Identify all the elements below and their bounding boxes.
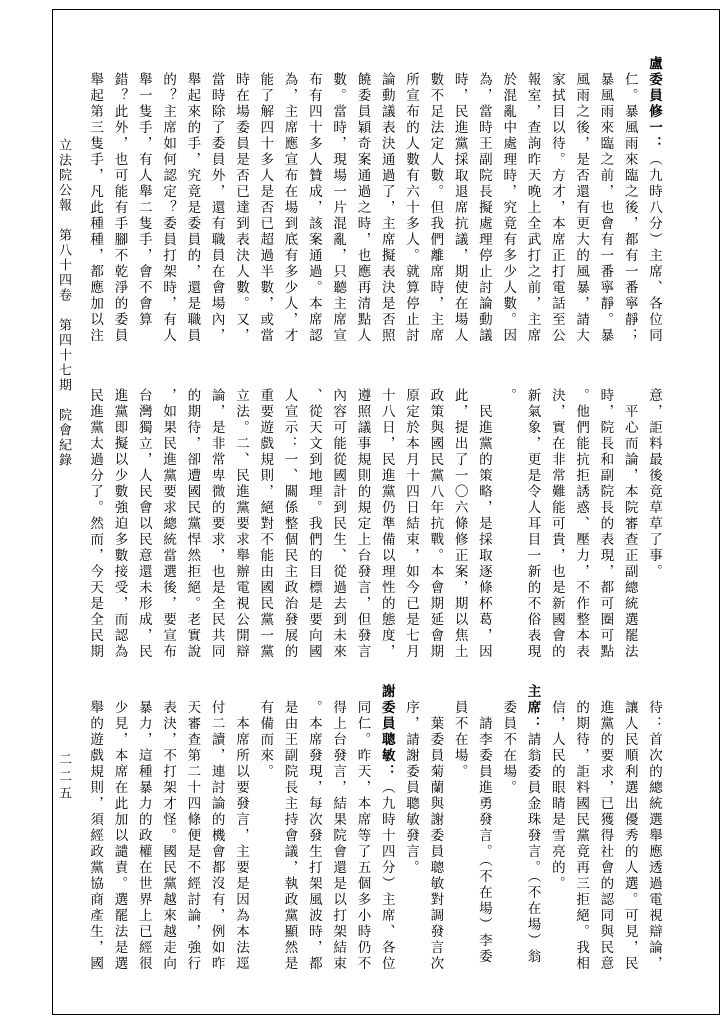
page-number: 二二五 [55, 752, 72, 822]
text-column: 讓人民順利選出優秀的人選。可見，民 [617, 684, 641, 998]
text-column: 信，人民的眼睛是雪亮的。 [545, 684, 569, 998]
text-column: 舉起第三隻手，凡此種種，都應加以注 [83, 56, 107, 370]
text-column: 暴力，這種暴力的政權在世界上已經很 [131, 684, 155, 998]
text-column: 舉一隻手，有人舉二隻手，會不會算 [131, 56, 155, 370]
text-column: 能了解四十多人是否已超過半數，或當 [253, 56, 277, 370]
text-column: 錯？此外，也可能有手腳不乾淨的委員 [107, 56, 131, 370]
speech-band-bottom: 待：首次的總統選舉應透過電視辯論，讓人民順利選出優秀的人選。可見，民進黨的要求，… [74, 684, 666, 998]
text-column: 時，民進黨採取退席抗議，期使在場人 [447, 56, 471, 370]
text-column: 暴風雨來臨之前，也會有一番寧靜。暴 [593, 56, 617, 370]
speaker-column: 謝委員聰敏：（九時十四分）主席、各位 [374, 684, 398, 998]
text-column: 決，實在非常難能可貴，也是新國會的 [545, 372, 569, 686]
speaker-name: 盧委員修一： [646, 56, 662, 152]
text-column: 表決，不打架才怪。國民黨越來越走向 [156, 684, 180, 998]
text-column: 。本席發現，每次發生打架風波時，都 [302, 684, 326, 998]
text-column: 饒委員穎奇案通過之時，也應再清點人 [350, 56, 374, 370]
text-column: 少見，本席在此加以譴責。選罷法是選 [107, 684, 131, 998]
text-column: 的？主席如何認定？委員打架時，有人 [156, 56, 180, 370]
text-column: 天審查第二十四條便是不經討論，強行 [180, 684, 204, 998]
text-column: 民進黨的策略，是採取逐條杯葛，因 [472, 372, 496, 686]
text-column: 進黨的要求，已獲得社會的認同與民意 [593, 684, 617, 998]
text-column: 內容可能從國計到民生、從過去到未來 [326, 372, 350, 686]
text-column: 仁。暴風雨來臨之後，都有一番寧靜； [617, 56, 641, 370]
text-column: 當時除了委員外，還有職員在會場內， [204, 56, 228, 370]
text-column: 本席所以要發言，主要是因為本法逕 [229, 684, 253, 998]
text-column: 布有四十多人贊成，該案通過。本席認 [302, 56, 326, 370]
text-column: 重要遊戲規則，絕對不能由國民黨一黨 [253, 372, 277, 686]
text-column: 時，院長和副院長的表現，都可圈可點 [593, 372, 617, 686]
text-column: 舉的遊戲規則，須經政黨協商產生，國 [83, 684, 107, 998]
text-column: 員不在場。 [447, 684, 471, 998]
text-column: 十八日，民進黨仍準備以理性的態度， [374, 372, 398, 686]
text-column: 、從天文到地理。我們的目標是要向國 [302, 372, 326, 686]
text-column: 委員不在場。 [496, 684, 520, 998]
text-column: ，如果民進黨要求總統當選後，要宣布 [156, 372, 180, 686]
text-column: 於混亂中處理時，究竟有多少人數。因 [496, 56, 520, 370]
text-column: 風雨之後，是否還有更大的風暴，請大 [569, 56, 593, 370]
text-column: 是由王副院長主持會議，執政黨顯然是 [277, 684, 301, 998]
speaker-name: 主席： [525, 684, 541, 732]
text-column: 新氣象，更是令人耳目一新的不俗表現 [520, 372, 544, 686]
text-column: 序，請謝委員聰敏發言。 [399, 684, 423, 998]
text-column: 有備而來。 [253, 684, 277, 998]
text-column: 為，當時王副院長擬處理停止討論動議 [472, 56, 496, 370]
text-column: 所宣布的人數有六十多人。就算停止討 [399, 56, 423, 370]
text-column: 舉起來的手，究竟是委員的，還是職員 [180, 56, 204, 370]
text-column: 台灣獨立，人民會以民意還未形成，民 [131, 372, 155, 686]
text-column: 平心而論，本院審查正副總統選罷法 [617, 372, 641, 686]
text-column: 時在場委員是否已達到表決人數。又， [229, 56, 253, 370]
speaker-name: 謝委員聰敏： [379, 684, 395, 780]
text-column: 付二讀，連討論的機會都沒有，例如昨 [204, 684, 228, 998]
text-column: 數不足法定人數。但我們離席時，主席 [423, 56, 447, 370]
text-column: 論，是非常卑微的要求，也是全民共同 [204, 372, 228, 686]
speaker-column: 主席：請翁委員金珠發言。（不在場）翁 [520, 684, 544, 998]
text-column: 待：首次的總統選舉應透過電視辯論， [642, 684, 666, 998]
text-column: 民進黨太過分了。然而，今天是全民期 [83, 372, 107, 686]
text-column: 意，詎料最後竟草草了事。 [642, 372, 666, 686]
text-column: 報室，查詢昨天晚上全武打之前，主席 [520, 56, 544, 370]
text-column: 同仁。昨天，本席等了五個多小時仍不 [350, 684, 374, 998]
text-column: 。 [496, 372, 520, 686]
text-column: 政策與國民黨八年抗戰。本會期延會期 [423, 372, 447, 686]
text-column: 的期待，卻遭國民黨悍然拒絕。老實說 [180, 372, 204, 686]
text-column: 原定於本月十四日結束，如今已是七月 [399, 372, 423, 686]
text-column: 的期待，詎料國民黨竟再三拒絕。我相 [569, 684, 593, 998]
text-column: 。他們能抗拒誘惑、壓力，不作整本表 [569, 372, 593, 686]
speaker-column: 盧委員修一：（九時八分）主席、各位同 [642, 56, 666, 370]
text-column: 遵照議事規則的規定上台發言，但發言 [350, 372, 374, 686]
text-column: 論動議表決通過了，主席擬表決是否照 [374, 56, 398, 370]
text-column: 為，主席應宣布在場到底有多少人，才 [277, 56, 301, 370]
text-column: 得上台發言，結果院會還是以打架結束 [326, 684, 350, 998]
margin-header: 立法院公報 第八十四卷 第四十七期 院會紀錄 [55, 138, 72, 478]
speech-band-middle: 意，詎料最後竟草草了事。平心而論，本院審查正副總統選罷法時，院長和副院長的表現，… [74, 372, 666, 686]
text-column: 進黨即擬以少數強迫多數接受，而認為 [107, 372, 131, 686]
speech-band-top: 盧委員修一：（九時八分）主席、各位同仁。暴風雨來臨之後，都有一番寧靜；暴風雨來臨… [74, 56, 666, 370]
text-column: 數。當時，現場一片混亂，只聽主席宣 [326, 56, 350, 370]
text-column: 請李委員進勇發言。（不在場）李委 [472, 684, 496, 998]
text-column: 人宣示：一、關係整個民主政治發展的 [277, 372, 301, 686]
text-column: 此，提出了一〇六條修正案，期以焦土 [447, 372, 471, 686]
text-column: 立法。二、民進黨要求舉辦電視公開辯 [229, 372, 253, 686]
text-column: 葉委員菊蘭與謝委員聰敏對調發言次 [423, 684, 447, 998]
text-column: 家拭目以待。方才，本席正打電話至公 [545, 56, 569, 370]
